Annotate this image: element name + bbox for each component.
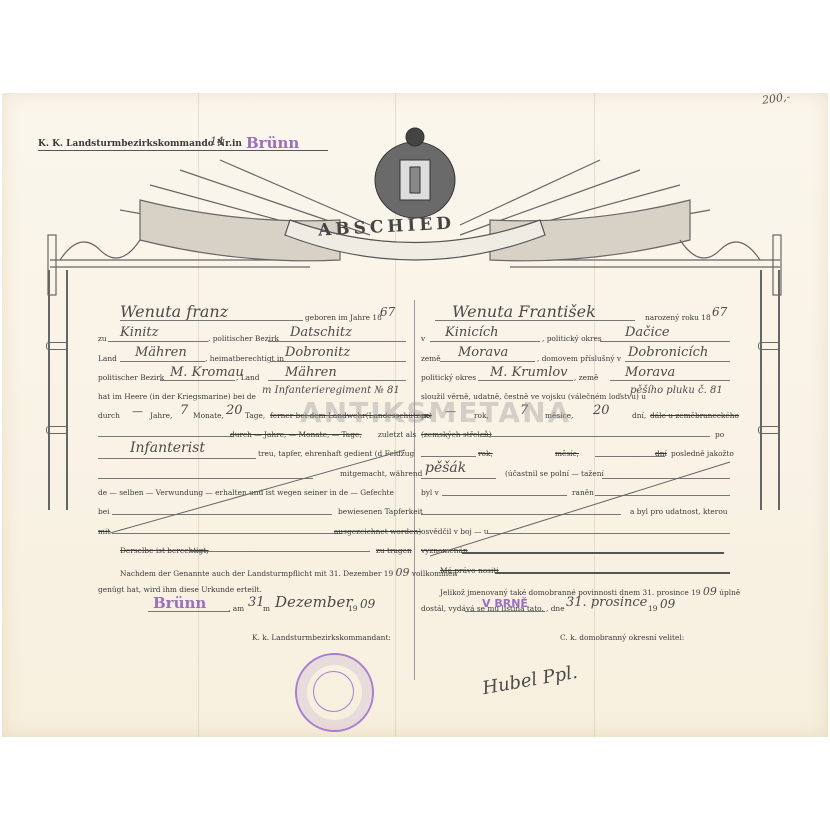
jahre-label: Jahre, bbox=[150, 411, 172, 420]
field-line bbox=[440, 361, 535, 362]
heer-label: hat im Heere (in der Kriegsmarine) bei d… bbox=[98, 392, 256, 401]
polbezirk-value: M. Kromau bbox=[170, 365, 244, 380]
field-line bbox=[268, 341, 406, 342]
left-ornament-border bbox=[48, 270, 68, 510]
field-line bbox=[600, 341, 730, 342]
month-prefix: m bbox=[263, 604, 270, 613]
cancellation-diagonal-cz bbox=[430, 460, 735, 560]
land2-label: , Land bbox=[236, 373, 260, 382]
okres-label: , politický okres bbox=[542, 334, 602, 343]
zu-value: Kinitz bbox=[120, 325, 158, 340]
eagle-icon bbox=[313, 671, 354, 712]
land-value: Mähren bbox=[135, 345, 187, 360]
zeme2-label: , země bbox=[574, 373, 598, 382]
commander-label-czech: C. k. domobranný okresní velitel: bbox=[560, 633, 684, 642]
zuletzt-label: zuletzt als bbox=[378, 430, 416, 439]
durch-label: durch bbox=[98, 411, 120, 420]
field-line bbox=[148, 611, 230, 612]
zeme-label: země bbox=[421, 354, 441, 363]
field-line bbox=[120, 361, 205, 362]
monate-value: 7 bbox=[180, 403, 188, 418]
commander-label-german: K. k. Landsturmbezirkskommandant: bbox=[252, 633, 391, 642]
field-line bbox=[160, 380, 235, 381]
zeme2-value: Morava bbox=[625, 365, 675, 380]
struck-line bbox=[98, 436, 233, 437]
bezirk-value: Datschitz bbox=[290, 325, 352, 340]
dale-struck: dále u zeměbraneckého bbox=[650, 411, 739, 420]
mit-label: mit bbox=[98, 527, 110, 536]
dni2-label: dní bbox=[655, 449, 667, 458]
watermark: ANTIKSMETANA bbox=[300, 396, 571, 429]
year-value: 09 bbox=[360, 597, 375, 611]
monate-label: Monate, bbox=[193, 411, 224, 420]
born-year-cz: 67 bbox=[712, 305, 727, 319]
cancellation-diagonal bbox=[110, 448, 410, 538]
field-line bbox=[625, 361, 730, 362]
land2-value: Mähren bbox=[285, 365, 337, 380]
field-line bbox=[478, 380, 573, 381]
born-year: 67 bbox=[380, 305, 395, 319]
place-stamp-german: Brünn bbox=[153, 594, 206, 612]
name-german: Wenuta franz bbox=[120, 302, 228, 321]
durch2-struck: durch — Jahre, — Monate, — Tage, bbox=[230, 430, 362, 439]
closing-text-german-2: genügt hat, wird ihm diese Urkunde ertei… bbox=[98, 585, 262, 594]
field-line bbox=[270, 361, 406, 362]
okres-value: Dačice bbox=[625, 325, 670, 340]
year-prefix-cz: 19 bbox=[648, 604, 657, 613]
year-value-cz: 09 bbox=[660, 597, 675, 611]
zu-label: zu bbox=[98, 334, 107, 343]
struck-line bbox=[421, 456, 476, 457]
polokres-label: politický okres bbox=[421, 373, 476, 382]
struck-line bbox=[190, 551, 370, 552]
domovem-value: Dobronicích bbox=[628, 345, 708, 360]
polokres-value: M. Krumlov bbox=[490, 365, 568, 380]
closing-text-german: Nachdem der Genannte auch der Landsturmp… bbox=[120, 566, 457, 579]
tage-label: Tage, bbox=[245, 411, 265, 420]
posledne-label: posledně jakožto bbox=[671, 449, 734, 458]
tragen-struck: zu tragen bbox=[376, 546, 412, 555]
v-label: v bbox=[421, 334, 425, 343]
right-ornament-border bbox=[760, 270, 780, 510]
rok2-label: rok, bbox=[478, 449, 493, 458]
am-label: , am bbox=[228, 604, 244, 613]
name-czech: Wenuta František bbox=[452, 302, 596, 321]
dne-label: , dne bbox=[546, 604, 565, 613]
po2-label: po bbox=[715, 430, 724, 439]
regiment-value: m Infanterieregiment № 81 bbox=[262, 385, 400, 396]
domovem-label: , domovem příslušný v bbox=[537, 354, 621, 363]
regiment-value-cz: pěšího pluku č. 81 bbox=[630, 385, 723, 396]
field-line bbox=[108, 341, 208, 342]
field-line bbox=[120, 320, 303, 321]
land-label: Land bbox=[98, 354, 117, 363]
column-divider bbox=[414, 300, 415, 680]
bei-label: bei bbox=[98, 507, 109, 516]
struck-line bbox=[480, 436, 710, 437]
strelcu-struck: (zemských střelců) bbox=[421, 430, 492, 439]
tage-value: 20 bbox=[226, 403, 243, 418]
field-line bbox=[610, 380, 730, 381]
zeme-value: Morava bbox=[458, 345, 508, 360]
pravo-struck: Má právo nositi bbox=[440, 566, 499, 575]
field-line bbox=[430, 341, 540, 342]
mesic2-label: měsíc, bbox=[555, 449, 579, 458]
struck-line bbox=[495, 572, 730, 574]
born-label: geboren im Jahre 18 bbox=[305, 313, 382, 322]
dni-value: 20 bbox=[593, 403, 610, 418]
month-value: Dezember bbox=[275, 593, 353, 611]
field-line bbox=[435, 320, 635, 321]
polbezirk-label: politischer Bezirk bbox=[98, 373, 164, 382]
field-line bbox=[268, 380, 406, 381]
v-value: Kinicích bbox=[445, 325, 499, 340]
date-value-cz: 31. prosince bbox=[566, 595, 647, 610]
jahre-value: — bbox=[132, 405, 143, 418]
field-line bbox=[465, 611, 545, 612]
place-stamp-czech: V BRNĚ bbox=[482, 597, 528, 610]
dni-label: dní, bbox=[632, 411, 646, 420]
heimat-value: Dobronitz bbox=[285, 345, 350, 360]
official-seal bbox=[295, 653, 374, 732]
coat-of-arms-engraving bbox=[40, 125, 790, 300]
year-prefix: 19 bbox=[348, 604, 357, 613]
born-label-cz: narozený roku 18 bbox=[645, 313, 711, 322]
